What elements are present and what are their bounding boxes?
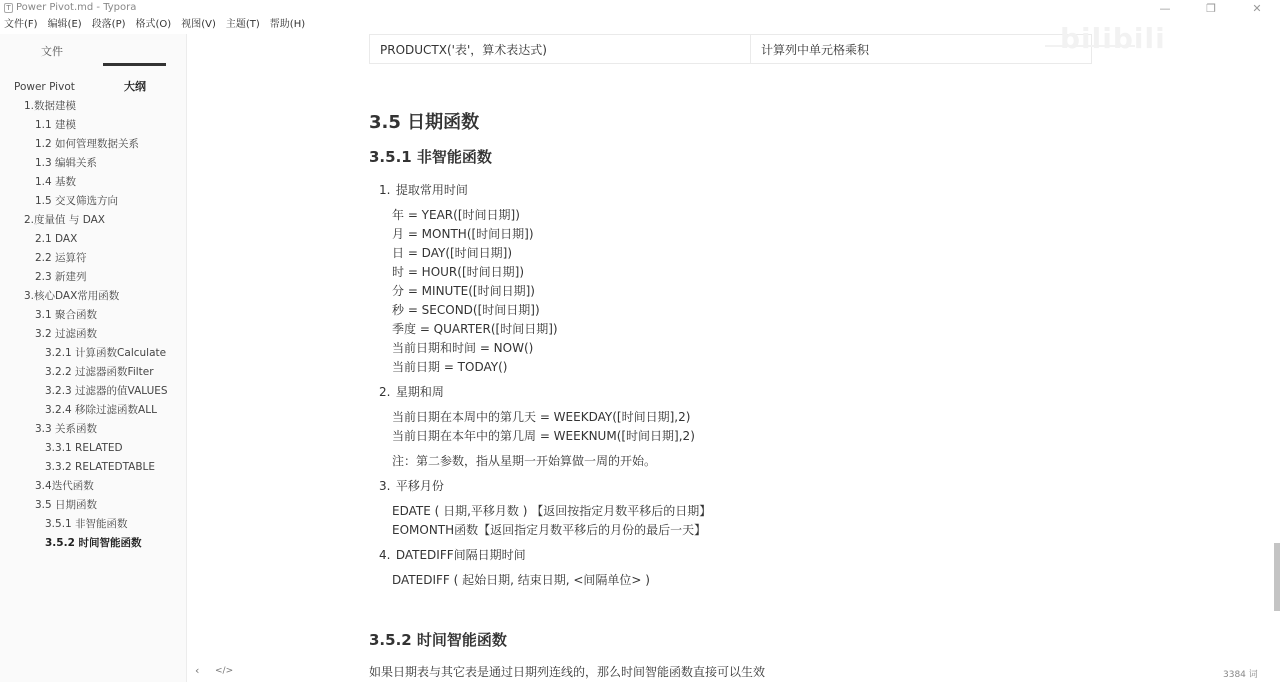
editor-content[interactable]: PRODUCTX('表'，算术表达式) 计算列中单元格乘积 3.5 日期函数 3… — [188, 34, 1270, 682]
outline-item[interactable]: 2.度量值 与 DAX — [0, 211, 187, 230]
close-button[interactable]: ✕ — [1234, 0, 1280, 17]
outline-item[interactable]: 1.2 如何管理数据关系 — [0, 135, 187, 154]
menu-edit[interactable]: 编辑(E) — [43, 17, 87, 34]
outline-item[interactable]: 1.3 编辑关系 — [0, 154, 187, 173]
outline-item[interactable]: 2.1 DAX — [0, 230, 187, 249]
outline-item[interactable]: 2.3 新建列 — [0, 268, 187, 287]
heading-time-intelligence-functions: 3.5.2 时间智能函数 — [369, 629, 507, 650]
outline-item[interactable]: 3.3.1 RELATED — [0, 439, 187, 458]
outline-item[interactable]: 3.2.1 计算函数Calculate — [0, 344, 187, 363]
minimize-button[interactable]: — — [1142, 0, 1188, 17]
maximize-button[interactable]: ❐ — [1188, 0, 1234, 17]
outline-item[interactable]: 3.1 聚合函数 — [0, 306, 187, 325]
outline-item[interactable]: 3.核心DAX常用函数 — [0, 287, 187, 306]
menu-view[interactable]: 视图(V) — [176, 17, 221, 34]
outline-item[interactable]: 1.1 建模 — [0, 116, 187, 135]
heading-non-intelligent-functions: 3.5.1 非智能函数 — [369, 146, 492, 167]
outline-item[interactable]: 3.3.2 RELATEDTABLE — [0, 458, 187, 477]
table-row: PRODUCTX('表'，算术表达式) 计算列中单元格乘积 — [370, 35, 1092, 64]
formula-line: 季度 = QUARTER([时间日期]) — [392, 320, 558, 337]
formula-line: DATEDIFF ( 起始日期, 结束日期, <间隔单位> ) — [392, 571, 650, 588]
outline-item[interactable]: 3.2.2 过滤器函数Filter — [0, 363, 187, 382]
sidebar-tabs: 文件 大纲 — [0, 34, 186, 70]
outline-item[interactable]: 2.2 运算符 — [0, 249, 187, 268]
outline-item[interactable]: 1.数据建模 — [0, 97, 187, 116]
function-table: PRODUCTX('表'，算术表达式) 计算列中单元格乘积 — [369, 34, 1092, 64]
table-cell[interactable]: 计算列中单元格乘积 — [751, 35, 1092, 64]
note-line: 注：第二参数，指从星期一开始算做一周的开始。 — [392, 452, 656, 469]
menu-file[interactable]: 文件(F) — [0, 17, 43, 34]
formula-line: 当前日期和时间 = NOW() — [392, 339, 533, 356]
list-item-title: 1. 提取常用时间 — [379, 181, 468, 198]
outline-item[interactable]: 1.4 基数 — [0, 173, 187, 192]
formula-line: 时 = HOUR([时间日期]) — [392, 263, 524, 280]
scrollbar-thumb[interactable] — [1274, 543, 1280, 611]
formula-line: EOMONTH函数【返回指定月数平移后的月份的最后一天】 — [392, 521, 706, 538]
list-item-title: 4. DATEDIFF间隔日期时间 — [379, 546, 526, 563]
menu-paragraph[interactable]: 段落(P) — [87, 17, 131, 34]
vertical-scrollbar[interactable] — [1272, 34, 1280, 682]
formula-line: 当前日期在本年中的第几周 = WEEKNUM([时间日期],2) — [392, 427, 695, 444]
menu-theme[interactable]: 主题(T) — [221, 17, 265, 34]
outline-item-active[interactable]: 3.5.2 时间智能函数 — [0, 534, 187, 553]
paragraph: 如果日期表与其它表是通过日期列连线的，那么时间智能函数直接可以生效 — [369, 663, 765, 680]
sidebar: 文件 大纲 Power Pivot 1.数据建模 1.1 建模 1.2 如何管理… — [0, 34, 187, 682]
list-item-title: 2. 星期和周 — [379, 383, 444, 400]
outline-item[interactable]: 3.2.3 过滤器的值VALUES — [0, 382, 187, 401]
formula-line: 当前日期 = TODAY() — [392, 358, 507, 375]
outline-item[interactable]: 1.5 交叉筛选方向 — [0, 192, 187, 211]
word-count[interactable]: 3384 词 — [1223, 667, 1258, 680]
outline-item[interactable]: 3.5.1 非智能函数 — [0, 515, 187, 534]
tab-files[interactable]: 文件 — [41, 43, 63, 59]
outline-item[interactable]: 3.2.4 移除过滤函数ALL — [0, 401, 187, 420]
outline-list: Power Pivot 1.数据建模 1.1 建模 1.2 如何管理数据关系 1… — [0, 78, 187, 553]
outline-item[interactable]: 3.5 日期函数 — [0, 496, 187, 515]
menu-format[interactable]: 格式(O) — [131, 17, 177, 34]
formula-line: 年 = YEAR([时间日期]) — [392, 206, 520, 223]
formula-line: 当前日期在本周中的第几天 = WEEKDAY([时间日期],2) — [392, 408, 690, 425]
window-title: Power Pivot.md - Typora — [16, 2, 136, 13]
outline-item[interactable]: Power Pivot — [0, 78, 187, 97]
table-cell[interactable]: PRODUCTX('表'，算术表达式) — [370, 35, 751, 64]
active-tab-indicator — [103, 63, 166, 66]
title-bar: T Power Pivot.md - Typora — ❐ ✕ — [0, 0, 1280, 17]
formula-line: 日 = DAY([时间日期]) — [392, 244, 512, 261]
bilibili-watermark-logo: bilibili — [1060, 22, 1166, 55]
formula-line: 秒 = SECOND([时间日期]) — [392, 301, 540, 318]
outline-item[interactable]: 3.2 过滤函数 — [0, 325, 187, 344]
typora-app-icon: T — [4, 3, 13, 13]
list-item-title: 3. 平移月份 — [379, 477, 444, 494]
heading-date-functions: 3.5 日期函数 — [369, 108, 479, 134]
formula-line: 分 = MINUTE([时间日期]) — [392, 282, 535, 299]
menu-help[interactable]: 帮助(H) — [265, 17, 310, 34]
formula-line: 月 = MONTH([时间日期]) — [392, 225, 534, 242]
formula-line: EDATE ( 日期,平移月数 ) 【返回按指定月数平移后的日期】 — [392, 502, 711, 519]
outline-item[interactable]: 3.3 关系函数 — [0, 420, 187, 439]
outline-item[interactable]: 3.4迭代函数 — [0, 477, 187, 496]
